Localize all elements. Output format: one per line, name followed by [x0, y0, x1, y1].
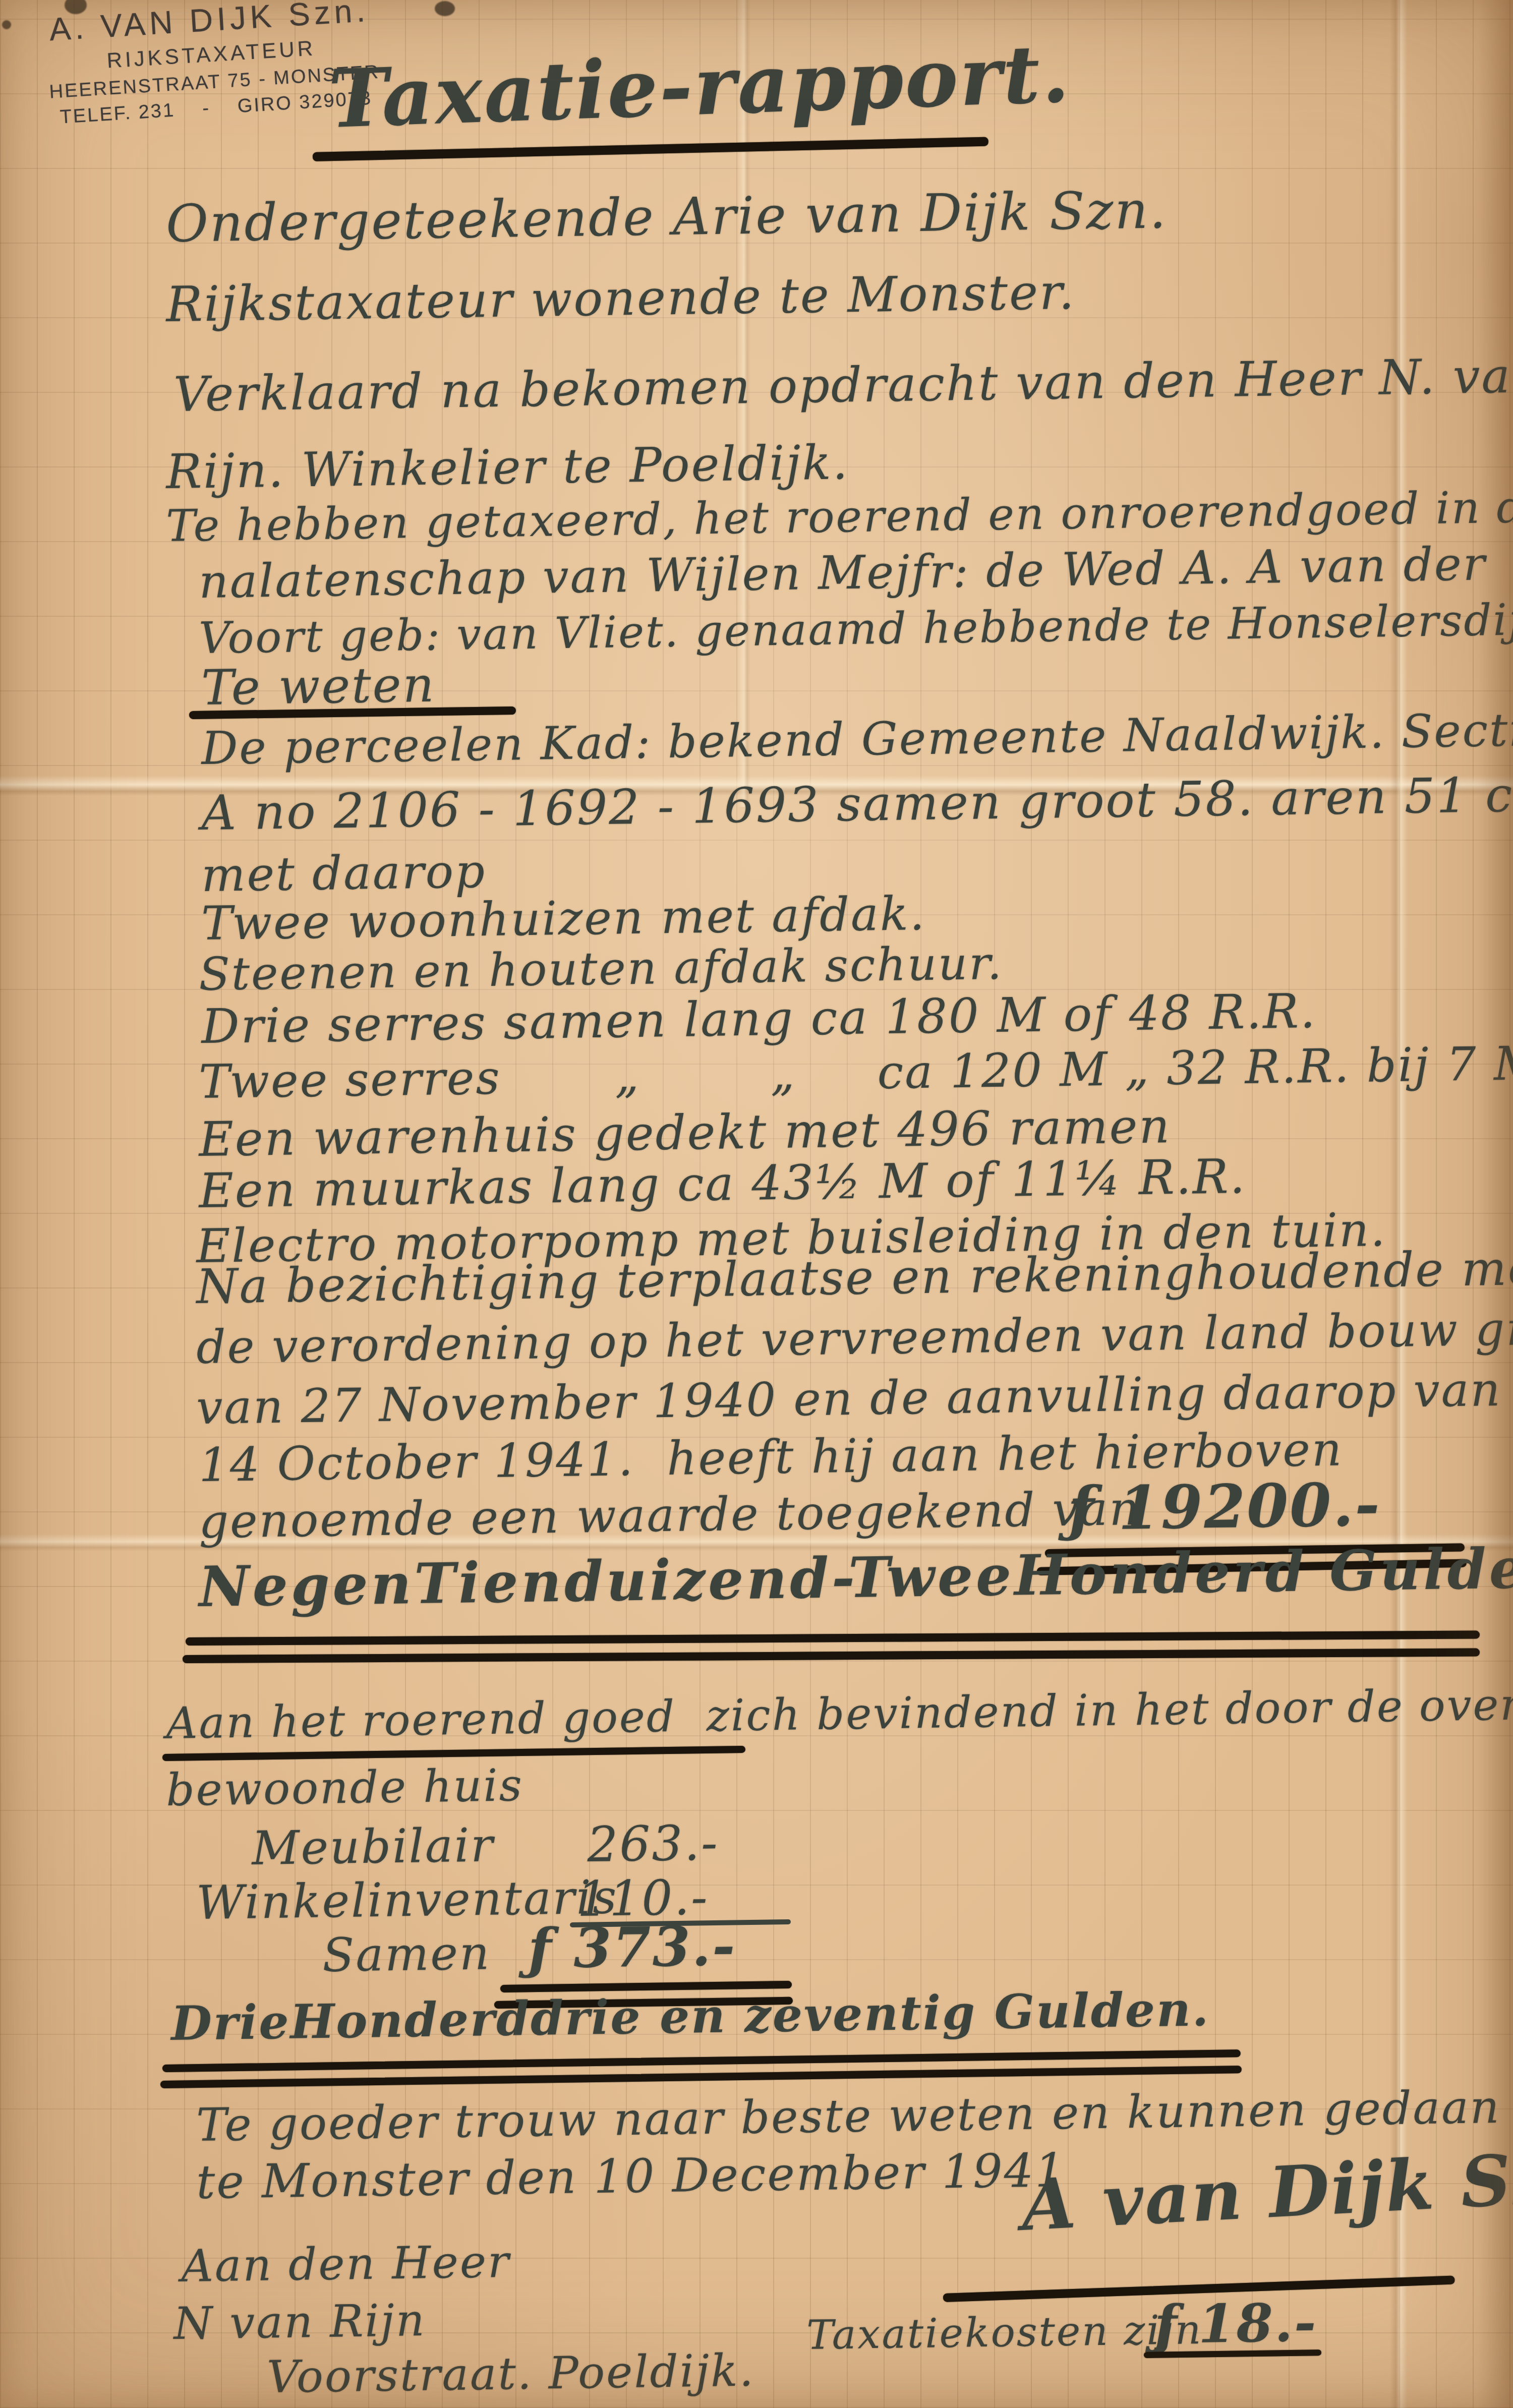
- movables-item-value: 263.-: [587, 1814, 719, 1873]
- handwritten-line: Verklaard na bekomen opdracht van den He…: [173, 348, 1513, 423]
- handwritten-line: A no 2106 - 1692 - 1693 samen groot 58. …: [201, 765, 1513, 841]
- closing-line: te Monster den 10 December 1941: [196, 2143, 1067, 2209]
- movables-heading-underlined: Aan het roerend goed: [166, 1691, 676, 1749]
- movables-heading-underline: [162, 1746, 745, 1761]
- costs-label: Taxatiekosten zijn: [806, 2306, 1203, 2359]
- handwritten-line: Ondergeteekende Arie van Dijk Szn.: [165, 180, 1168, 254]
- valuation-amount: ƒ 19200.-: [1068, 1469, 1381, 1544]
- handwritten-line: Rijn. Winkelier te Poeldijk.: [165, 435, 849, 500]
- amount-words-underline: [186, 1631, 1480, 1646]
- movables-heading: Aan het roerend goed zich bevindend in h…: [166, 1677, 1513, 1749]
- valuation-amount-words: NegenTienduizend-TweeHonderd Gulden.: [198, 1535, 1513, 1619]
- ink-smudge: [2, 20, 11, 29]
- amount-words-underline: [183, 1649, 1480, 1663]
- valuation-prefix: genoemde een waarde toegekend van: [199, 1482, 1141, 1549]
- closing-line: Te goeder trouw naar beste weten en kunn…: [196, 2081, 1501, 2152]
- movables-total-words: DrieHonderddrie en zeventig Gulden.: [170, 1981, 1210, 2051]
- costs-amount: ƒ 18.-: [1154, 2292, 1318, 2356]
- addressee-line: Aan den Heer: [181, 2236, 511, 2292]
- scanned-document-page: A. VAN DIJK Szn. RIJKSTAXATEUR HEERENSTR…: [0, 0, 1513, 2408]
- section-heading-te-weten: Te weten: [201, 657, 436, 716]
- signature: A van Dijk Sz: [1019, 2137, 1513, 2247]
- handwritten-line: Rijkstaxateur wonende te Monster.: [165, 264, 1076, 333]
- doc-title: Taxatie-rapport.: [327, 27, 1072, 146]
- ink-smudge: [435, 1, 455, 16]
- movables-total-label: Samen: [322, 1926, 491, 1982]
- movables-item-label: Meubilair: [252, 1818, 495, 1875]
- handwritten-line: bewoonde huis: [166, 1759, 524, 1816]
- movables-heading-rest: zich bevindend in het door de overledene: [706, 1677, 1513, 1741]
- addressee-line: Voorstraat. Poeldijk.: [267, 2344, 755, 2403]
- addressee-line: N van Rijn: [173, 2294, 427, 2350]
